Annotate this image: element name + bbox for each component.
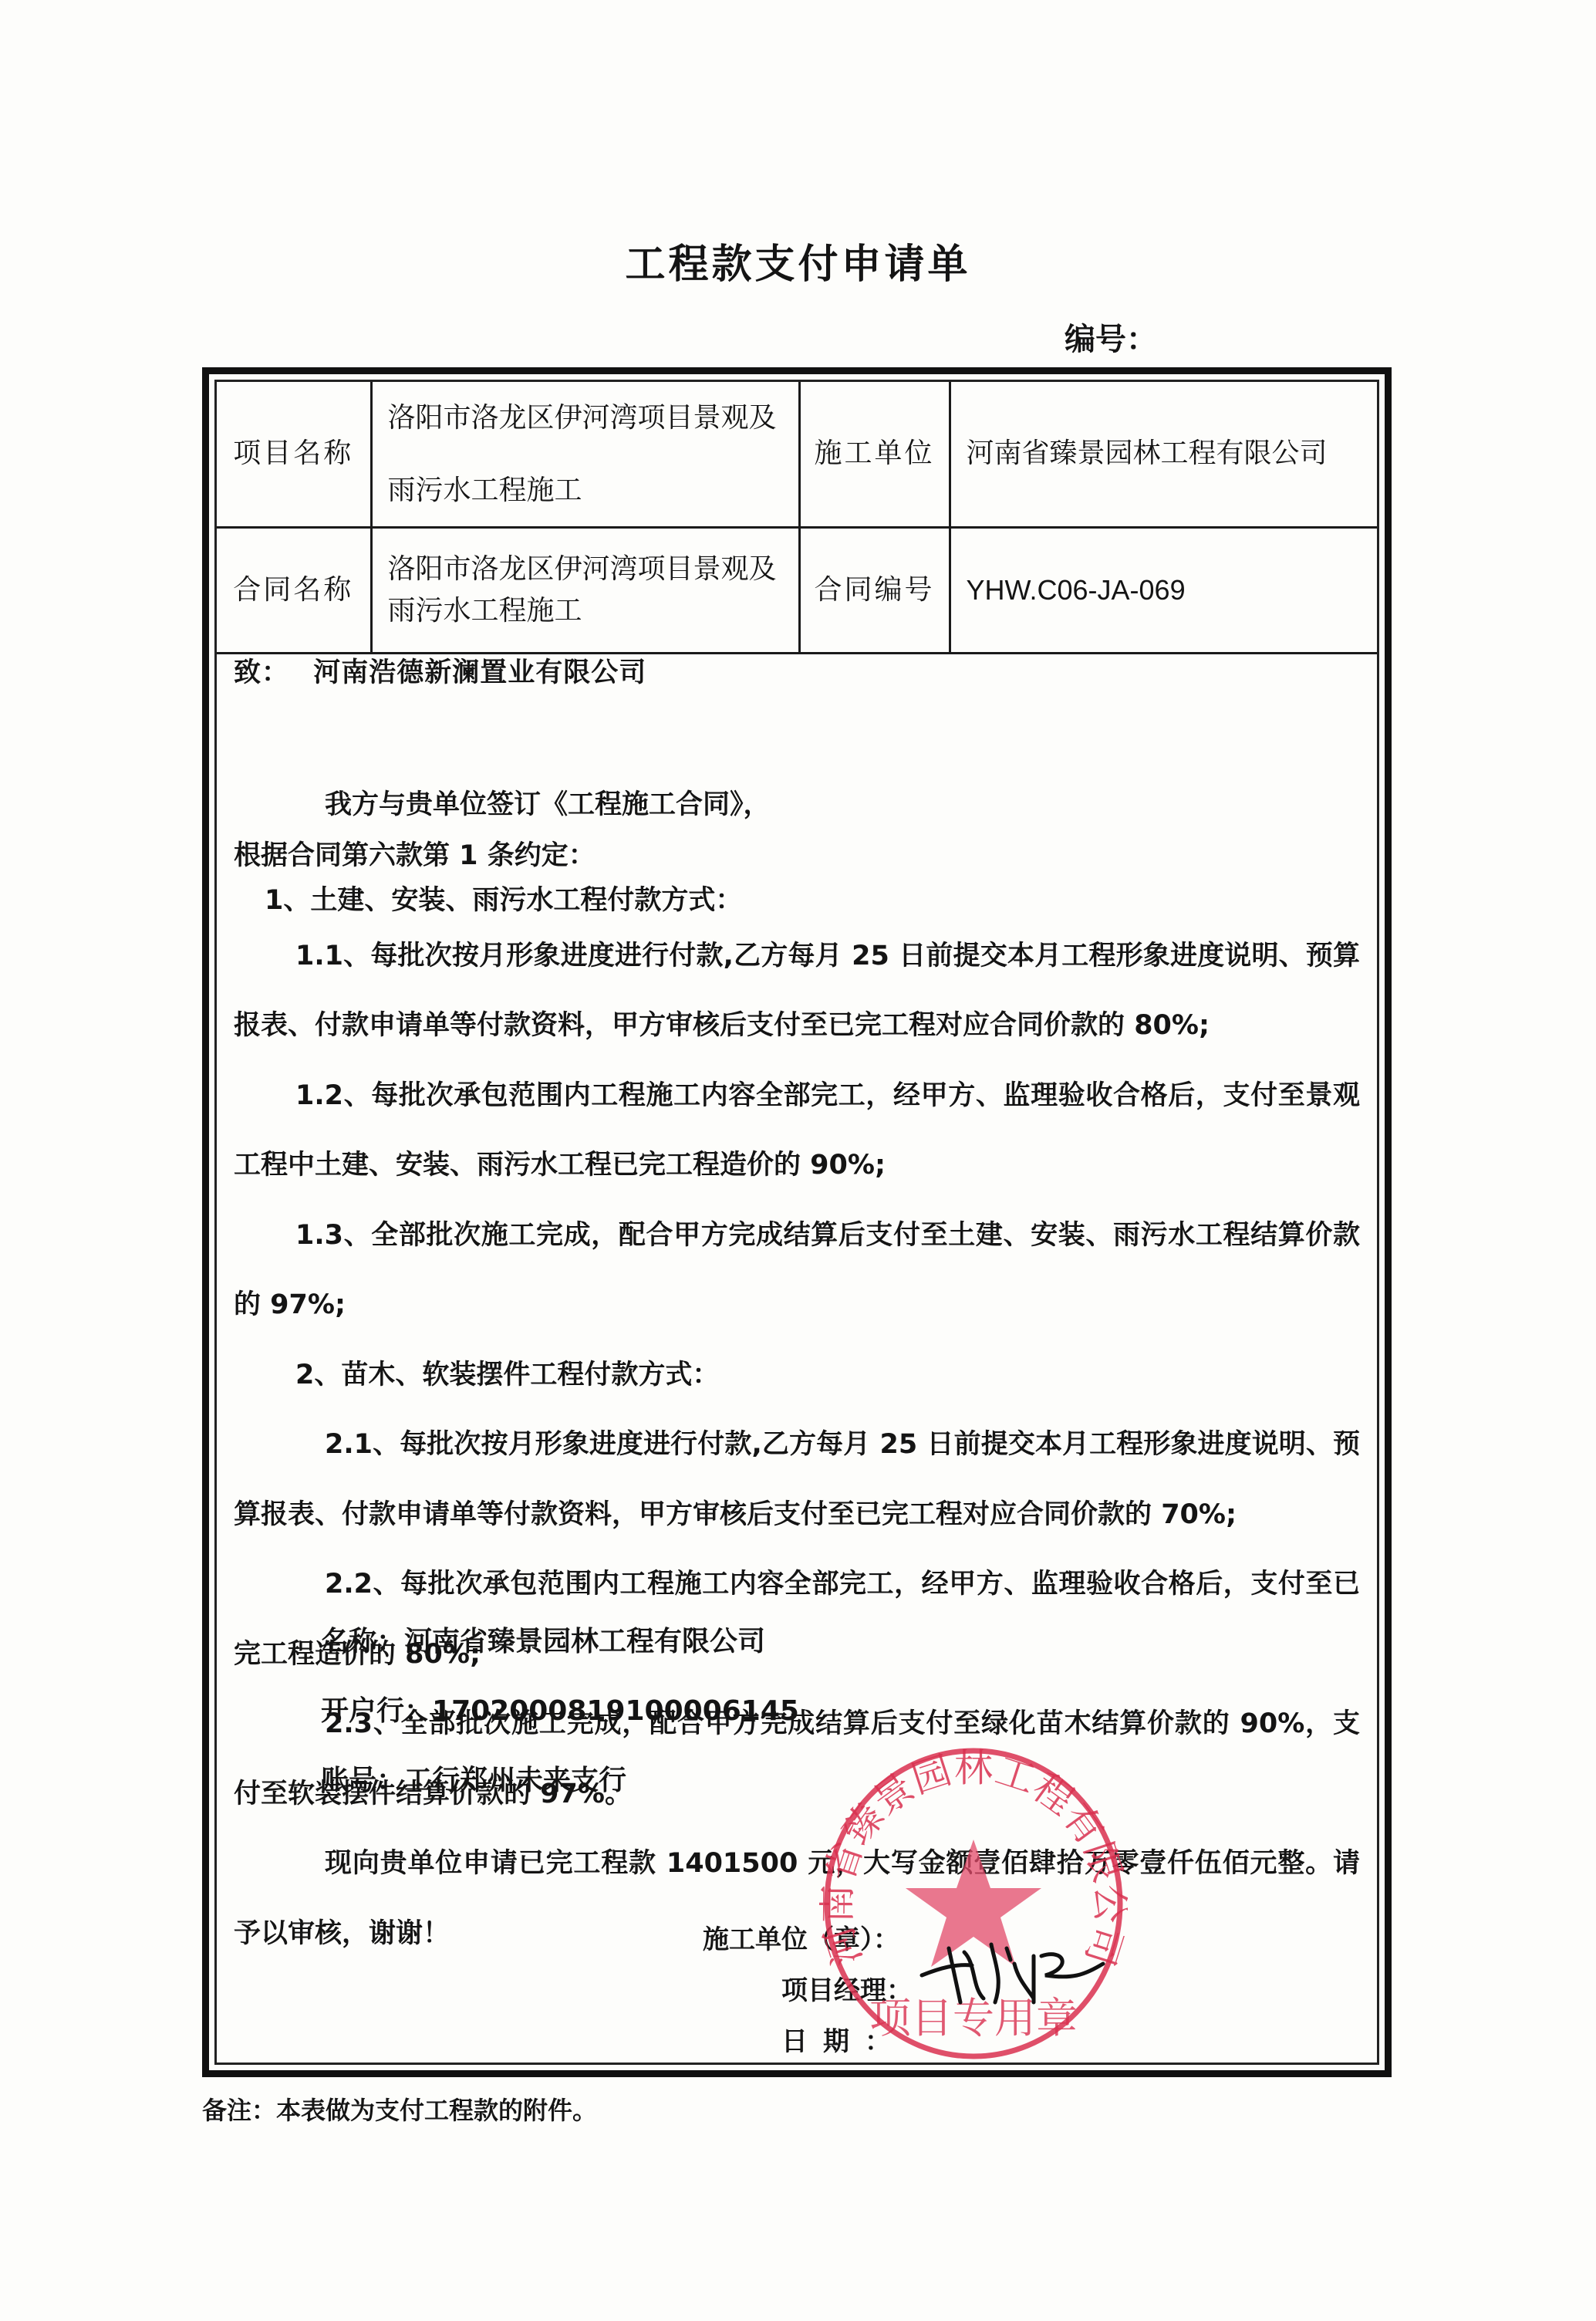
contract-name-label: 合同名称: [217, 528, 371, 654]
date-label: 日期：: [703, 2016, 913, 2067]
signoff-block: 施工单位（章）： 项目经理： 日期：: [703, 1914, 913, 2067]
clause-1-2-text: 1.2、每批次承包范围内工程施工内容全部完工，经甲方、监理验收合格后，支付至景观…: [234, 1080, 1360, 1181]
section-1-title: 1、土建、安装、雨污水工程付款方式：: [234, 880, 1360, 921]
clause-1-3: 1.3、全部批次施工完成，配合甲方完成结算后支付至土建、安装、雨污水工程结算价款…: [234, 1201, 1360, 1340]
project-name-value: 洛阳市洛龙区伊河湾项目景观及雨污水工程施工: [371, 382, 799, 528]
payee-name-value: 河南省臻景园林工程有限公司: [404, 1626, 765, 1657]
project-manager-label: 项目经理：: [703, 1965, 913, 2016]
clause-1-3-text: 1.3、全部批次施工完成，配合甲方完成结算后支付至土建、安装、雨污水工程结算价款…: [234, 1220, 1360, 1321]
recipient-value: 河南浩德新澜置业有限公司: [313, 657, 646, 688]
contractor-value: 河南省臻景园林工程有限公司: [950, 382, 1377, 528]
document-title: 工程款支付申请单: [0, 231, 1596, 289]
clause-2-1: 2.1、每批次按月形象进度进行付款,乙方每月 25 日前提交本月工程形象进度说明…: [234, 1410, 1360, 1549]
contractor-seal-label: 施工单位（章）：: [703, 1914, 913, 1965]
payee-name-line: 名称：河南省臻景园林工程有限公司: [321, 1607, 799, 1677]
clause-1-1: 1.1、每批次按月形象进度进行付款,乙方每月 25 日前提交本月工程形象进度说明…: [234, 921, 1360, 1061]
info-table: 项目名称 洛阳市洛龙区伊河湾项目景观及雨污水工程施工 施工单位 河南省臻景园林工…: [217, 382, 1377, 654]
contract-no-label: 合同编号: [799, 528, 950, 654]
account-value: 工行郑州未来支行: [404, 1765, 626, 1796]
contract-name-value: 洛阳市洛龙区伊河湾项目景观及雨污水工程施工: [371, 528, 799, 654]
project-name-label: 项目名称: [217, 382, 371, 528]
clause-1-2: 1.2、每批次承包范围内工程施工内容全部完工，经甲方、监理验收合格后，支付至景观…: [234, 1061, 1360, 1201]
recipient-line: 致： 河南浩德新澜置业有限公司: [234, 638, 1360, 708]
table-row: 项目名称 洛阳市洛龙区伊河湾项目景观及雨污水工程施工 施工单位 河南省臻景园林工…: [217, 382, 1377, 528]
intro-line-2: 根据合同第六款第 1 条约定：: [234, 832, 1360, 880]
clause-2-1-text: 2.1、每批次按月形象进度进行付款,乙方每月 25 日前提交本月工程形象进度说明…: [234, 1429, 1360, 1530]
contract-no-value: YHW.C06-JA-069: [950, 528, 1377, 654]
serial-number-label: 编号：: [1065, 315, 1157, 359]
form-inner-border: 项目名称 洛阳市洛龙区伊河湾项目景观及雨污水工程施工 施工单位 河南省臻景园林工…: [214, 380, 1379, 2065]
intro-line-1: 我方与贵单位签订《工程施工合同》，: [234, 778, 1360, 832]
bank-line: 开户行：1702000819100006145: [321, 1677, 799, 1746]
table-row: 合同名称 洛阳市洛龙区伊河湾项目景观及雨污水工程施工 合同编号 YHW.C06-…: [217, 528, 1377, 654]
footer-note: 备注：本表做为支付工程款的附件。: [202, 2091, 597, 2127]
payee-name-label: 名称：: [321, 1626, 404, 1657]
bank-value: 1702000819100006145: [432, 1695, 799, 1727]
bank-label: 开户行：: [321, 1695, 432, 1727]
section-2-title: 2、苗木、软装摆件工程付款方式：: [234, 1340, 1360, 1411]
bank-info: 名称：河南省臻景园林工程有限公司 开户行：1702000819100006145…: [321, 1607, 799, 1816]
form-frame: 项目名称 洛阳市洛龙区伊河湾项目景观及雨污水工程施工 施工单位 河南省臻景园林工…: [202, 367, 1392, 2077]
contractor-label: 施工单位: [799, 382, 950, 528]
account-label: 账号：: [321, 1765, 404, 1796]
recipient-label: 致：: [234, 657, 289, 688]
account-line: 账号：工行郑州未来支行: [321, 1746, 799, 1816]
clause-1-1-text: 1.1、每批次按月形象进度进行付款,乙方每月 25 日前提交本月工程形象进度说明…: [234, 941, 1360, 1042]
